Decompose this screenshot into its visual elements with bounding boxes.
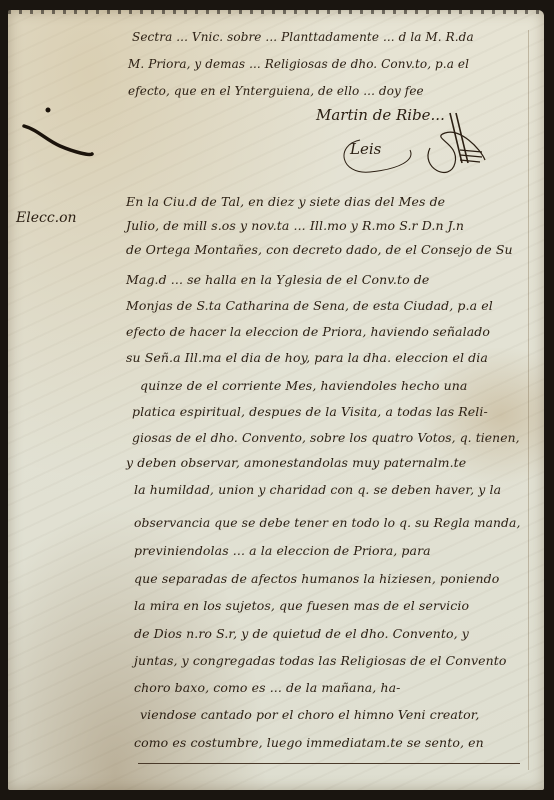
signature-rubric-icon: [410, 108, 490, 188]
closing-rule: [138, 763, 520, 764]
body-line-4: Mag.d ... se halla en la Yglesia de el C…: [126, 272, 429, 287]
body-line-1: En la Ciu.d de Tal, en diez y siete dias…: [126, 194, 445, 209]
body-line-3: de Ortega Montañes, con decreto dado, de…: [126, 242, 513, 257]
fold-line: [528, 30, 529, 770]
header-line-2: M. Priora, y demas ... Religiosas de dho…: [128, 57, 469, 71]
body-line-19: choro baxo, como es ... de la mañana, ha…: [134, 680, 400, 695]
body-line-21: como es costumbre, luego immediatam.te s…: [134, 735, 484, 750]
body-line-2: Julio, de mill s.os y nov.ta ... Ill.mo …: [126, 218, 464, 233]
body-line-7: su Señ.a Ill.ma el dia de hoy, para la d…: [126, 350, 488, 365]
body-line-16: la mira en los sujetos, que fuesen mas d…: [134, 598, 469, 613]
body-line-20: viendose cantado por el choro el himno V…: [140, 707, 479, 722]
header-line-1: Sectra ... Vnic. sobre ... Planttadament…: [132, 30, 474, 44]
body-line-10: giosas de el dho. Convento, sobre los qu…: [132, 430, 520, 445]
body-line-5: Monjas de S.ta Catharina de Sena, de est…: [126, 298, 493, 313]
body-line-11: y deben observar, amonestandolas muy pat…: [126, 455, 466, 470]
margin-ink-stroke: [20, 100, 100, 160]
signature-flourish-icon: [330, 130, 420, 180]
body-line-15: que separadas de afectos humanos la hizi…: [134, 571, 499, 586]
body-line-17: de Dios n.ro S.r, y de quietud de el dho…: [134, 626, 469, 641]
body-line-13: observancia que se debe tener en todo lo…: [134, 515, 520, 530]
header-line-3: efecto, que en el Ynterguiena, de ello .…: [128, 84, 424, 98]
margin-note-eleccion: Elecc.on: [16, 210, 77, 226]
body-line-6: efecto de hacer la eleccion de Priora, h…: [126, 324, 490, 339]
body-line-8: quinze de el corriente Mes, haviendoles …: [140, 378, 467, 393]
body-line-14: previniendolas ... a la eleccion de Prio…: [134, 543, 431, 558]
body-line-18: juntas, y congregadas todas las Religios…: [134, 653, 507, 668]
body-line-9: platica espiritual, despues de la Visita…: [132, 404, 488, 419]
body-line-12: la humildad, union y charidad con q. se …: [134, 482, 501, 497]
